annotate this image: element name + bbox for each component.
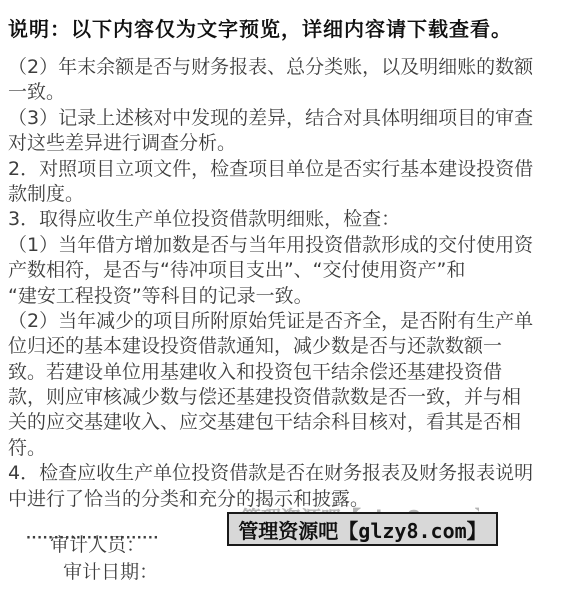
watermark-ghost-artifact: 管理资源吧【glzy8.com】	[241, 502, 479, 512]
document-line: “建安工程投资”等科目的记录一致。	[8, 284, 574, 309]
document-line: 款，则应审核减少数与偿还基建投资借款数是否一致，并与相	[8, 385, 574, 410]
document-line: （2）年末余额是否与财务报表、总分类账，以及明细账的数额	[8, 55, 574, 80]
document-line: （3）记录上述核对中发现的差异，结合对具体明细项目的审查	[8, 106, 574, 131]
document-text-body: （2）年末余额是否与财务报表、总分类账，以及明细账的数额 一致。 （3）记录上述…	[8, 55, 574, 512]
document-line: （2）当年减少的项目所附原始凭证是否齐全，是否附有生产单	[8, 309, 574, 334]
audit-date-label: 审计日期：	[63, 561, 158, 583]
document-line: 位归还的基本建设投资借款通知，减少数是否与还款数额一	[8, 334, 574, 359]
preview-page: 说明：以下内容仅为文字预览，详细内容请下载查看。 （2）年末余额是否与财务报表、…	[0, 0, 578, 600]
document-line: 一致。	[8, 80, 574, 105]
watermark-badge: 管理资源吧【glzy8.com】	[227, 512, 498, 546]
document-line: 对这些差异进行调查分析。	[8, 131, 574, 156]
signature-dotted-line: ························	[26, 531, 159, 546]
document-line: 3．取得应收生产单位投资借款明细账，检查：	[8, 207, 574, 232]
document-line: 4．检查应收生产单位投资借款是否在财务报表及财务报表说明	[8, 461, 574, 486]
document-line: 款制度。	[8, 182, 574, 207]
document-line: 2．对照项目立项文件，检查项目单位是否实行基本建设投资借	[8, 157, 574, 182]
document-line: 产数相符，是否与“待冲项目支出”、“交付使用资产”和	[8, 258, 574, 283]
signature-row: 审计人员： 审计日期：	[26, 508, 158, 600]
document-line: （1）当年借方增加数是否与当年用投资借款形成的交付使用资	[8, 233, 574, 258]
document-line: 致。若建设单位用基建收入和投资包干结余偿还基建投资借	[8, 360, 574, 385]
document-line: 符。	[8, 436, 574, 461]
watermark-text: 管理资源吧【glzy8.com】	[238, 515, 486, 544]
preview-notice-title: 说明：以下内容仅为文字预览，详细内容请下载查看。	[8, 13, 512, 42]
document-line: 关的应交基建收入、应交基建包干结余科目核对，看其是否相	[8, 410, 574, 435]
